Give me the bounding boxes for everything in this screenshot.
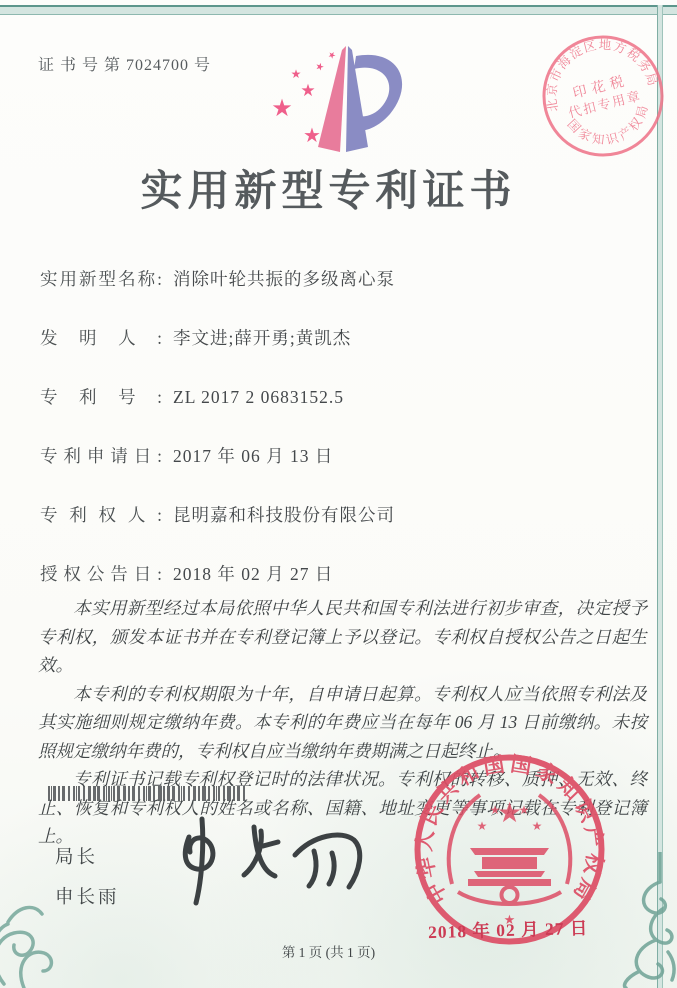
field-value: ZL 2017 2 0683152.5 (173, 387, 344, 408)
emblem-gate-body (482, 857, 537, 869)
tax-office-stamp: 北京市海淀区地方税务局 国家知识产权局 印花税 代扣专用章 (523, 16, 677, 176)
cnipa-logo-icon: ★ ★ ★ ★ ★ ★ (254, 44, 424, 159)
field-value: 消除叶轮共振的多级离心泵 (173, 266, 395, 291)
patent-certificate-page: 证 书 号 第 7024700 号 ★ ★ ★ ★ ★ ★ 北京市海淀区地方税务… (0, 0, 677, 988)
certificate-number: 证 书 号 第 7024700 号 (38, 52, 211, 75)
field-value: 昆明嘉和科技股份有限公司 (173, 502, 395, 527)
page-footer: 第 1 页 (共 1 页) (0, 941, 657, 961)
star-icon: ★ (532, 819, 543, 833)
star-icon: ★ (490, 803, 501, 817)
star-icon: ★ (326, 49, 338, 62)
emblem-gate-midroof (474, 871, 545, 877)
certificate-title: 实用新型专利证书 (0, 158, 657, 218)
field-value: 李文进;薛开勇;黄凯杰 (173, 325, 351, 350)
field-row-utility-model-name: 实用新型名称: 消除叶轮共振的多级离心泵 (40, 266, 395, 291)
star-icon: ★ (477, 819, 488, 833)
signature-handwriting (145, 813, 375, 908)
emblem-gear (502, 887, 518, 903)
field-label: 授权公告日: (40, 561, 162, 586)
star-icon: ★ (313, 61, 325, 74)
officer-block: 局长 申长雨 (55, 843, 120, 923)
field-label: 专利申请日: (40, 443, 162, 468)
field-list: 实用新型名称: 消除叶轮共振的多级离心泵 发明人: 李文进;薛开勇;黄凯杰 专利… (40, 266, 395, 586)
star-icon: ★ (300, 81, 315, 100)
page-border-top (0, 5, 677, 15)
field-label: 专利号: (40, 384, 162, 409)
field-value: 2018 年 02 月 27 日 (173, 561, 333, 586)
paragraph-grant: 本实用新型经过本局依照中华人民共和国专利法进行初步审查，决定授予专利权，颁发本证… (38, 594, 647, 680)
emblem-ribbon (458, 892, 561, 904)
emblem-wreath-left (449, 795, 480, 884)
emblem-gate-base (468, 879, 551, 886)
corner-flourish-left-icon (0, 892, 64, 988)
field-row-grant-date: 授权公告日: 2018 年 02 月 27 日 (40, 561, 395, 586)
field-row-inventors: 发明人: 李文进;薛开勇;黄凯杰 (40, 325, 395, 350)
field-label: 实用新型名称: (40, 266, 162, 291)
seal-date: 2018 年 02 月 27 日 (428, 915, 589, 944)
corner-flourish-right-icon (598, 852, 677, 988)
emblem-wreath-right (539, 795, 570, 884)
national-emblem: ★ ★ ★ ★ ★ (449, 795, 570, 904)
field-row-patentee: 专利权人: 昆明嘉和科技股份有限公司 (40, 502, 395, 527)
field-label: 专利权人: (40, 502, 162, 527)
emblem-gate-roof (470, 848, 549, 855)
field-value: 2017 年 06 月 13 日 (173, 443, 333, 468)
field-row-filing-date: 专利申请日: 2017 年 06 月 13 日 (40, 443, 395, 468)
star-icon: ★ (290, 67, 301, 81)
star-icon: ★ (271, 96, 293, 122)
officer-name: 申长雨 (55, 883, 120, 909)
star-icon: ★ (519, 803, 530, 817)
officer-title: 局长 (55, 843, 120, 869)
field-row-patent-number: 专利号: ZL 2017 2 0683152.5 (40, 384, 395, 409)
star-icon: ★ (303, 125, 321, 147)
barcode (48, 786, 248, 801)
page-border-right (657, 5, 663, 988)
field-label: 发明人: (40, 325, 162, 350)
